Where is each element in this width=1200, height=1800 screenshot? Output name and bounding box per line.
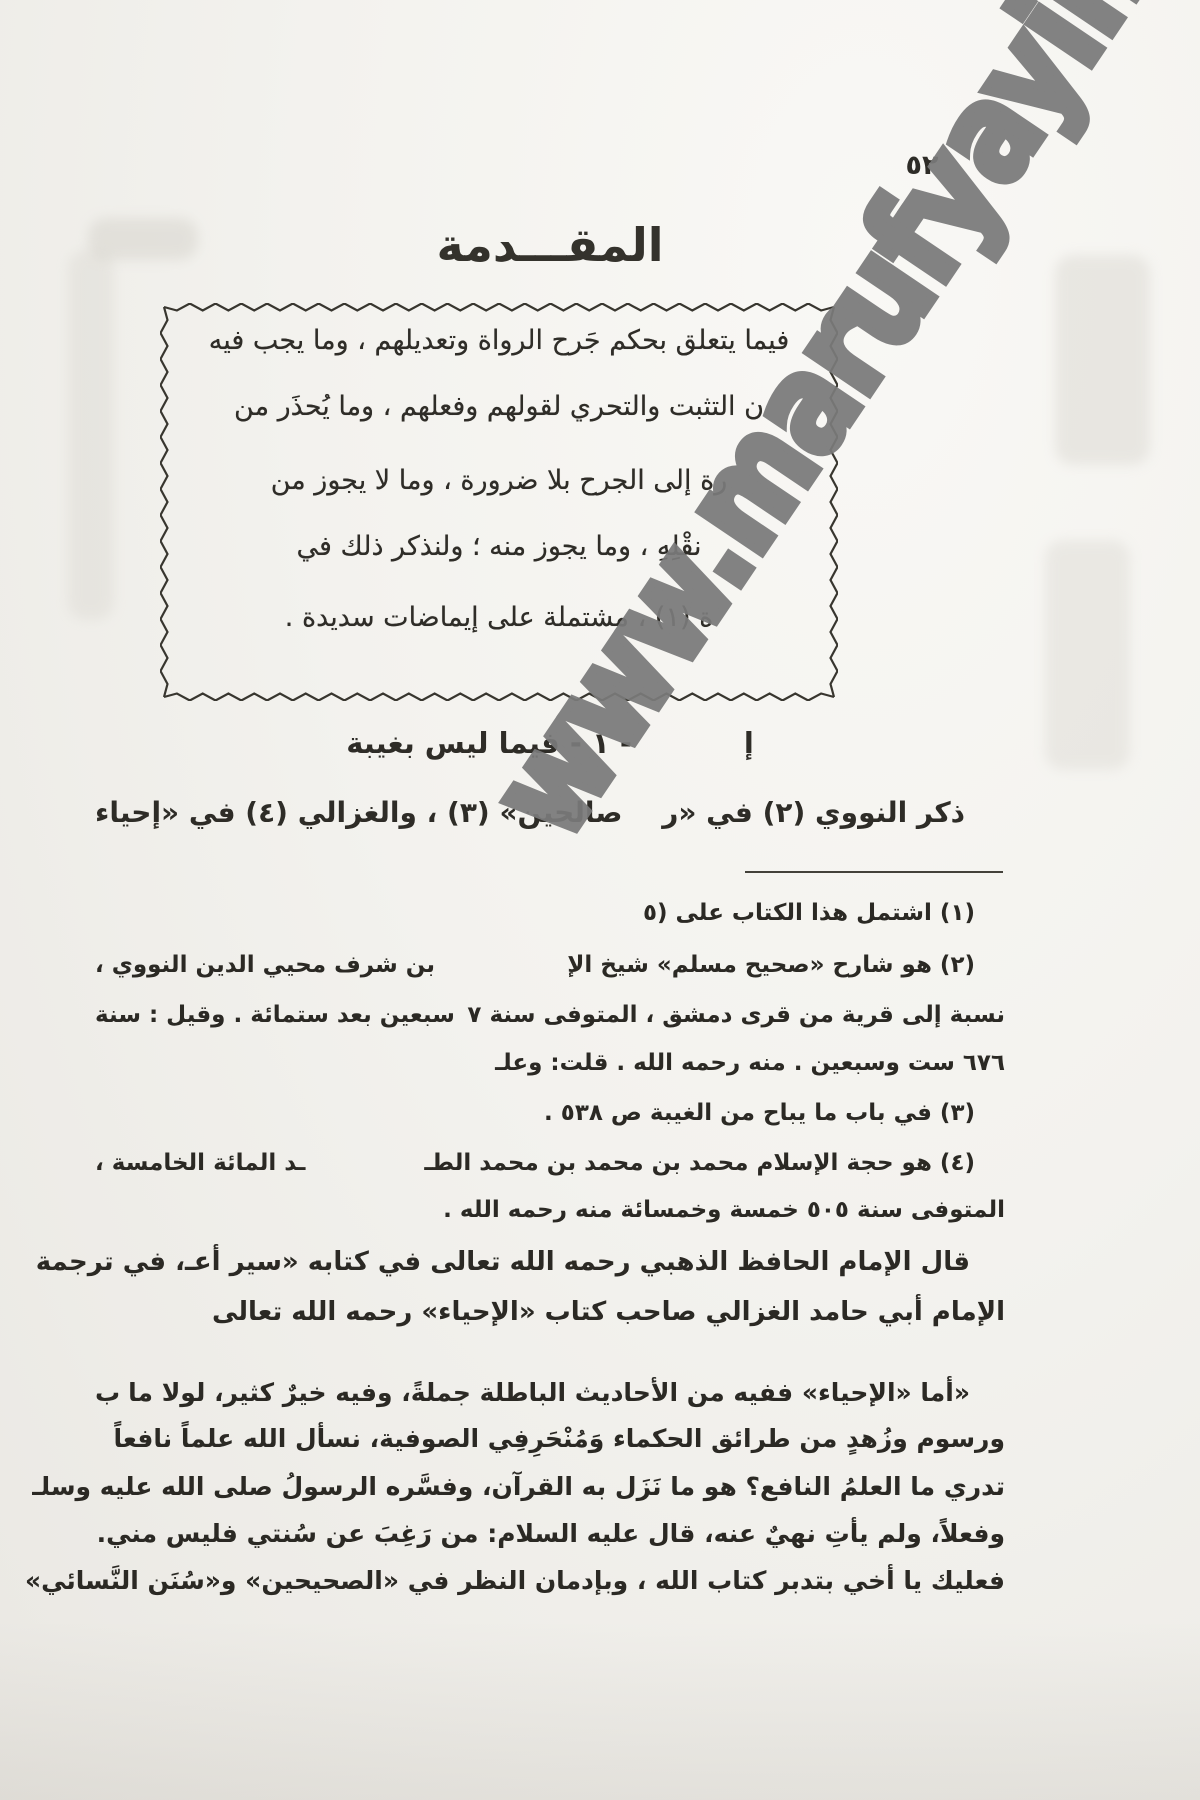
footnote-fragment-right: (١) اشتمل هذا الكتاب على (٥ <box>643 900 975 926</box>
footnote-line: (١) اشتمل هذا الكتاب على (٥ <box>95 900 1005 926</box>
paragraph-line: قال الإمام الحافظ الذهبي رحمه الله تعالى… <box>95 1247 1005 1277</box>
footnote-line: المتوفى سنة ٥٠٥ خمسة وخمسائة منه رحمه ال… <box>95 1197 1005 1223</box>
footnote-fragment-left: ـد المائة الخامسة ، <box>95 1150 305 1176</box>
scan-ghost-mark <box>1055 255 1150 465</box>
footnote-line: (٢) هو شارح «صحيح مسلم» شيخ الإ بن شرف م… <box>95 952 1005 978</box>
quote-line: تدري ما العلمُ النافع؟ هو ما نَزَل به ال… <box>95 1472 1005 1501</box>
footnote-fragment-right: (٢) هو شارح «صحيح مسلم» شيخ الإ <box>567 952 975 978</box>
footnote-line: ٦٧٦ ست وسبعين . منه رحمه الله . قلت: وعل… <box>95 1050 1005 1076</box>
quote-fragment-left: ب <box>95 1378 120 1407</box>
footnote-line: نسبة إلى قرية من قرى دمشق ، المتوفى سنة … <box>95 1002 1005 1028</box>
footnote-line: (٣) في باب ما يباح من الغيبة ص ٥٣٨ . <box>95 1100 1005 1126</box>
footnote-fragment-left: سبعين بعد ستمائة . وقيل : سنة <box>95 1002 455 1028</box>
footnote-separator <box>745 871 1003 873</box>
heading-fragment: إ <box>744 726 754 760</box>
paragraph-fragment-left: ، في ترجمة <box>36 1247 185 1277</box>
footnote-fragment-right: المتوفى سنة ٥٠٥ خمسة وخمسائة منه رحمه ال… <box>443 1197 1005 1223</box>
quote-line: ورسوم وزُهدٍ من طرائق الحكماء وَمُنْحَرِ… <box>95 1424 1005 1453</box>
footnote-fragment-left: بن شرف محيي الدين النووي ، <box>95 952 435 978</box>
body-fragment-right: ذكر النووي (٢) في «ر <box>662 796 965 829</box>
quote-line: «أما «الإحياء» ففيه من الأحاديث الباطلة … <box>95 1378 1005 1407</box>
paragraph-line: الإمام أبي حامد الغزالي صاحب كتاب «الإحي… <box>95 1297 1005 1327</box>
footnote-fragment-right: (٣) في باب ما يباح من الغيبة ص ٥٣٨ . <box>544 1100 975 1126</box>
scan-ghost-mark <box>68 250 114 620</box>
quote-line: وفعلاً، ولم يأتِ نهيٌ عنه، قال عليه السل… <box>95 1519 1005 1548</box>
footnote-fragment-right: نسبة إلى قرية من قرى دمشق ، المتوفى سنة … <box>467 1002 1005 1028</box>
paragraph-fragment-right: قال الإمام الحافظ الذهبي رحمه الله تعالى… <box>185 1247 970 1277</box>
quote-fragment-right: فعليك يا أخي بتدبر كتاب الله ، وبإدمان ا… <box>25 1566 1005 1595</box>
quote-fragment-right: تدري ما العلمُ النافع؟ هو ما نَزَل به ال… <box>32 1472 1005 1501</box>
paragraph-fragment-right: الإمام أبي حامد الغزالي صاحب كتاب «الإحي… <box>212 1297 1005 1327</box>
quote-fragment-right: «أما «الإحياء» ففيه من الأحاديث الباطلة … <box>128 1378 970 1407</box>
footnote-fragment-right: ٦٧٦ ست وسبعين . منه رحمه الله . قلت: وعل… <box>495 1050 1005 1076</box>
scanned-book-page: ٥٢ المقـــدمة فيما يتعلق بحكم جَرح الروا… <box>0 0 1200 1800</box>
footnote-line: (٤) هو حجة الإسلام محمد بن محمد بن محمد … <box>95 1150 1005 1176</box>
scan-ghost-mark <box>1045 540 1130 770</box>
quote-line: فعليك يا أخي بتدبر كتاب الله ، وبإدمان ا… <box>95 1566 1005 1595</box>
quote-fragment-right: وفعلاً، ولم يأتِ نهيٌ عنه، قال عليه السل… <box>97 1519 1005 1548</box>
footnote-fragment-right: (٤) هو حجة الإسلام محمد بن محمد بن محمد … <box>424 1150 975 1176</box>
box-text-line: فيما يتعلق بحكم جَرح الرواة وتعديلهم ، و… <box>160 314 838 368</box>
quote-fragment-right: ورسوم وزُهدٍ من طرائق الحكماء وَمُنْحَرِ… <box>113 1424 1005 1453</box>
